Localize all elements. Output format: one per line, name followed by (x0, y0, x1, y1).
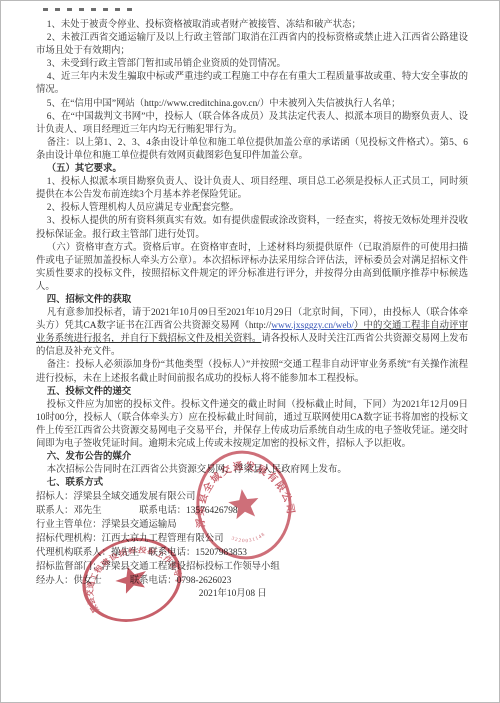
section-heading-document-acquisition: 四、招标文件的获取 (36, 294, 468, 307)
list-item: 4、近三年内未发生骗取中标或严重违约或工程施工中存在有重大工程质量事故或重、特大… (36, 71, 468, 97)
list-item: 2、未被江西省交通运输厅及以上行政主管部门取消在江西省内的投标资格或禁止进入江西… (36, 32, 468, 58)
section-heading-other-requirements: （五）其它要求。 (36, 163, 468, 176)
contact-line-industry-authority: 行业主管单位：浮梁县交通运输局 (36, 518, 468, 532)
list-item: 5、在“信用中国”网站（http://www.creditchina.gov.c… (36, 98, 468, 111)
contact-line-contact-person: 联系人：邓先生 联系电话：13576426798 (36, 504, 468, 518)
jxsggzy-url-link: www.jxsggzy.cn/web/ (271, 321, 354, 331)
document-body: 1、未处于被责令停业、投标资格被取消或者财产被接管、冻结和破产状态； 2、未被江… (36, 19, 468, 601)
list-item: 3、未受到行政主管部门暂扣或吊销企业资质的处罚情况。 (36, 58, 468, 71)
list-item: 1、未处于被责令停业、投标资格被取消或者财产被接管、冻结和破产状态； (36, 19, 468, 32)
document-date: 2021年10月08 日 (36, 588, 468, 601)
contact-line-tenderer: 招标人：浮梁县全域交通发展有限公司 (36, 490, 468, 504)
section-heading-announcement-media: 六、发布公告的媒介 (36, 451, 468, 464)
list-item: 2、投标人管理机构人员应满足专业配套完整。 (36, 202, 468, 215)
section-heading-contact-info: 七、联系方式 (36, 477, 468, 490)
list-item: 1、投标人拟派本项目勘察负责人、设计负责人、项目经理、项目总工必须是投标人正式员… (36, 176, 468, 202)
list-item: 3、投标人提供的所有资料须真实有效。如有提供虚假或涂改资料，一经查实，将按无效标… (36, 215, 468, 241)
document-page: 1、未处于被责令停业、投标资格被取消或者财产被接管、冻结和破产状态； 2、未被江… (0, 0, 500, 703)
acquisition-paragraph: 凡有意参加投标者，请于2021年10月09日至2021年10月29日（北京时间，… (36, 307, 468, 359)
contact-line-handler: 经办人：供女士 联系电话：0798-2626023 (36, 574, 468, 588)
contact-block: 招标人：浮梁县全域交通发展有限公司 联系人：邓先生 联系电话：135764267… (36, 490, 468, 588)
submission-paragraph: 投标文件应为加密的投标文件。投标文件递交的截止时间（投标截止时间，下同）为202… (36, 399, 468, 451)
contact-line-supervision-dept: 招标监督部门：浮梁县交通工程建设招标投标工作领导小组 (36, 560, 468, 574)
section-heading-bid-submission: 五、投标文件的递交 (36, 386, 468, 399)
credit-note: 备注：以上第1、2、3、4条由设计单位和施工单位提供加盖公章的承诺函（见投标文件… (36, 137, 468, 163)
list-item: 6、在“中国裁判文书网”中，投标人（联合体各成员）及其法定代表人、拟派本项目的勘… (36, 111, 468, 137)
qualification-review-paragraph: （六）资格审查方式。资格后审。在资格审查时，上述材料均须提供原件（已取消原件的可… (36, 242, 468, 294)
clipped-text-fragment (43, 8, 139, 11)
media-paragraph: 本次招标公告同时在江西省公共资源交易网、浮梁县人民政府网上发布。 (36, 464, 468, 477)
contact-line-agency-person: 代理机构联系人：操先生 联系电话：15207983853 (36, 546, 468, 560)
contact-line-agency: 招标代理机构：江西大京九工程管理有限公司 (36, 532, 468, 546)
acquisition-note: 备注：投标人必须添加身份“其他类型（投标人）”并按照“交通工程非自动评审业务系统… (36, 359, 468, 385)
